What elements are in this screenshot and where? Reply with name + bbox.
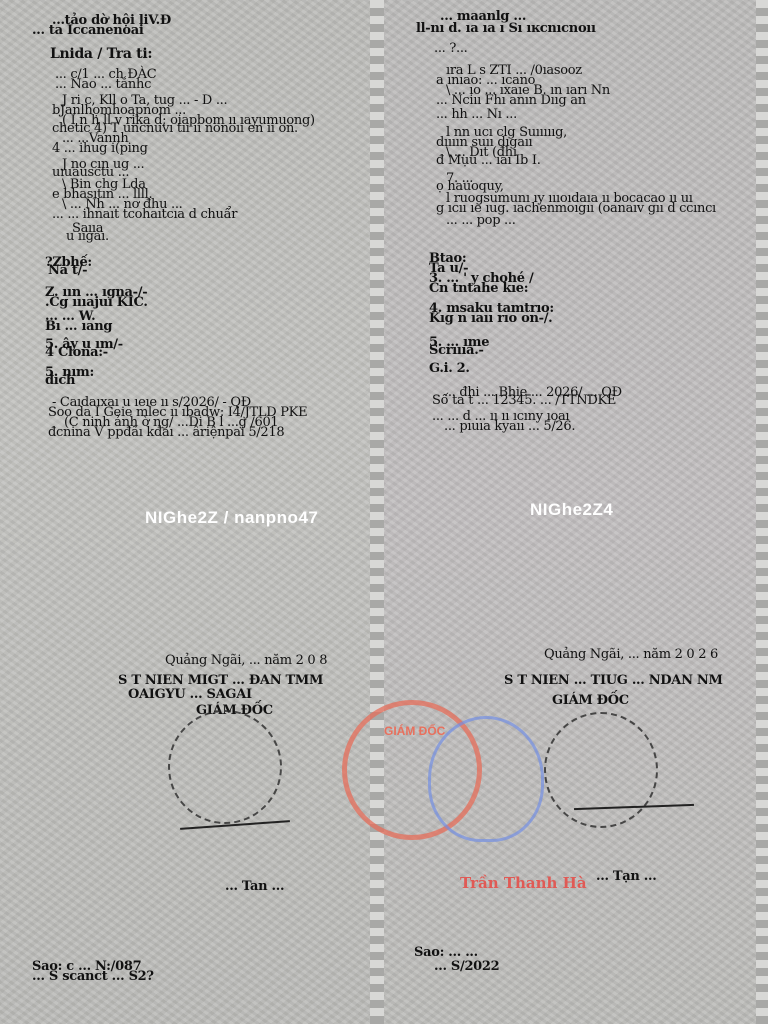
left-authority-line-2: OAIGYU ... SAGAI (128, 688, 252, 701)
right-signer-name-red: Trần Thanh Hà (460, 874, 587, 892)
right-field-value: Cn tntahe kıe: (429, 282, 528, 295)
left-line: u ııgaı. (66, 230, 109, 243)
left-section-1-title: Lnida / Tra ti: (50, 48, 152, 61)
left-field-value: .Cg ıııajuı KIC. (45, 296, 148, 309)
right-header-line-2: ll-nı d. ıa ıa ı Sı ıĸcnıcnoıı (416, 22, 596, 35)
right-field-label: G.i. 2. (429, 362, 470, 375)
left-line: 4 ... ihug i(ping (52, 142, 148, 155)
left-reference-line: đcnina V ppđãı kđaı ... âriệnpai 5/218 (48, 426, 284, 439)
right-document-page: ... maanlg ... ll-nı d. ıa ıa ı Sı ıĸcnı… (384, 0, 756, 1024)
right-footer-line-1: Sao: ... ... (414, 946, 478, 959)
right-place-date: Quảng Ngãi, ... năm 2 0 2 6 (544, 648, 718, 661)
left-line: ... ... ihnaıt tcohaıtcıa d chuẩr (52, 208, 237, 221)
left-signer-name: ... Tan ... (225, 880, 284, 893)
page-seam (370, 0, 384, 1024)
page-edge (756, 0, 768, 1024)
right-line: ... ?... (434, 42, 468, 55)
left-document-page: ...tảo dờ hội liV.Đ ... ta Iccanenoai Ln… (0, 0, 370, 1024)
left-watermark: NIGhe2Z / nanpno47 (145, 508, 318, 528)
left-footer-line-2: ... S scanct ... S2? (32, 970, 154, 983)
right-line: ... Nciıı Fhı anın Dııg an (436, 94, 586, 107)
left-field-value: đıch (45, 374, 75, 387)
right-line: ... ... pop ... (446, 214, 516, 227)
right-watermark: NIGhe2Z4 (530, 500, 613, 520)
red-seal-text: GIÁM ĐỐC (384, 724, 445, 738)
right-field-value: Scrıııa.- (429, 344, 484, 357)
left-field-value: 4 Clona:- (45, 346, 108, 359)
right-signer-name-black: ... Tạn ... (596, 870, 656, 883)
right-line: đ Mụu ... ıaı Ib I. (436, 154, 541, 167)
right-field-value: Kıg n ıaıı rıo on-/. (429, 312, 552, 325)
right-black-seal (544, 712, 658, 828)
right-footer-line-2: ... S/2022 (434, 960, 499, 973)
left-line: ... Nao ... tắnhc (55, 78, 151, 91)
right-reference-line: ... pıuıa kyaıı ... 5/26. (444, 420, 575, 433)
left-authority-line-1: S T NIEN MIGT ... ĐAN TMM (118, 674, 323, 687)
right-authority-line-2: GIÁM ĐỐC (552, 694, 629, 707)
right-authority-line-1: S T NIEN ... TIUG ... NDAN NM (504, 674, 723, 687)
left-place-date: Quảng Ngãi, ... năm 2 0 8 (165, 654, 327, 667)
left-header-line-2: ... ta Iccanenoai (32, 24, 144, 37)
left-field-value: Bı ... ıang (45, 320, 112, 333)
right-line: ... hh ... Nı ... (436, 108, 517, 121)
right-reference-line: Số ta t ... 12345. ... /TTNDKE (432, 394, 616, 407)
left-field-value: Na t/- (48, 264, 87, 277)
blue-seal (428, 716, 544, 842)
left-black-seal (168, 710, 282, 824)
